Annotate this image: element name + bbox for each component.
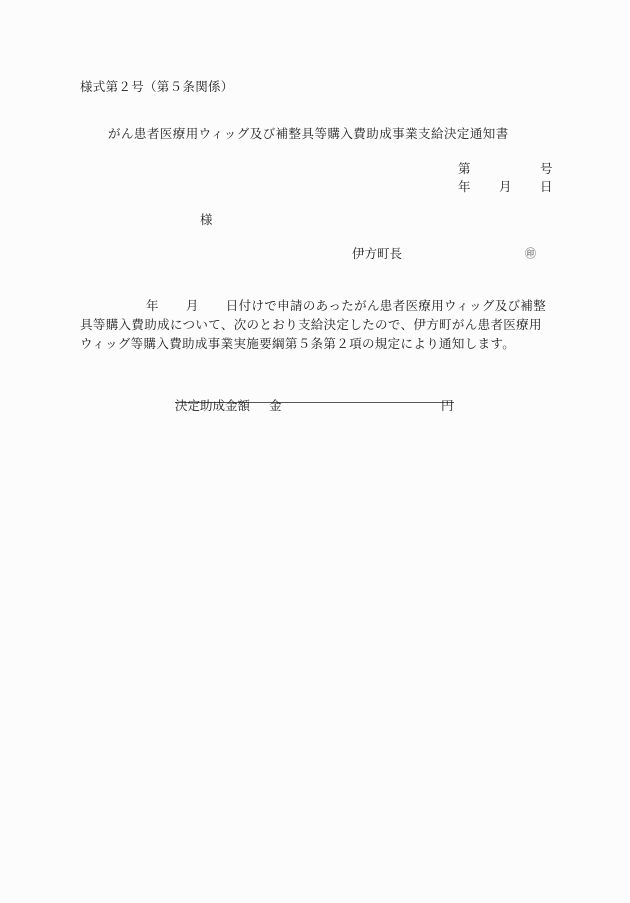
- document-title: がん患者医療用ウィッグ及び補整具等購入費助成事業支給決定通知書: [108, 128, 509, 141]
- amount-prefix: 金: [269, 400, 282, 413]
- issue-date-day: 日: [540, 181, 553, 194]
- reference-prefix: 第: [458, 163, 471, 176]
- seal-icon: ㊞: [525, 248, 536, 259]
- body-date-month: 月: [186, 298, 199, 313]
- body-date-year: 年: [146, 298, 159, 313]
- form-number: 様式第２号（第５条関係）: [80, 81, 234, 94]
- decided-amount: 決定助成金額 金 円: [175, 400, 454, 403]
- notice-body: 年月日付けで申請のあったがん患者医療用ウィッグ及び補整具等購入費助成について、次…: [80, 296, 552, 353]
- amount-unit: 円: [441, 400, 454, 413]
- issue-date-year: 年: [458, 181, 471, 194]
- amount-label: 決定助成金額: [175, 400, 250, 413]
- issuer-name: 伊方町長: [352, 248, 402, 261]
- issue-date-month: 月: [499, 181, 512, 194]
- reference-suffix: 号: [540, 163, 553, 176]
- recipient-honorific: 様: [200, 214, 213, 227]
